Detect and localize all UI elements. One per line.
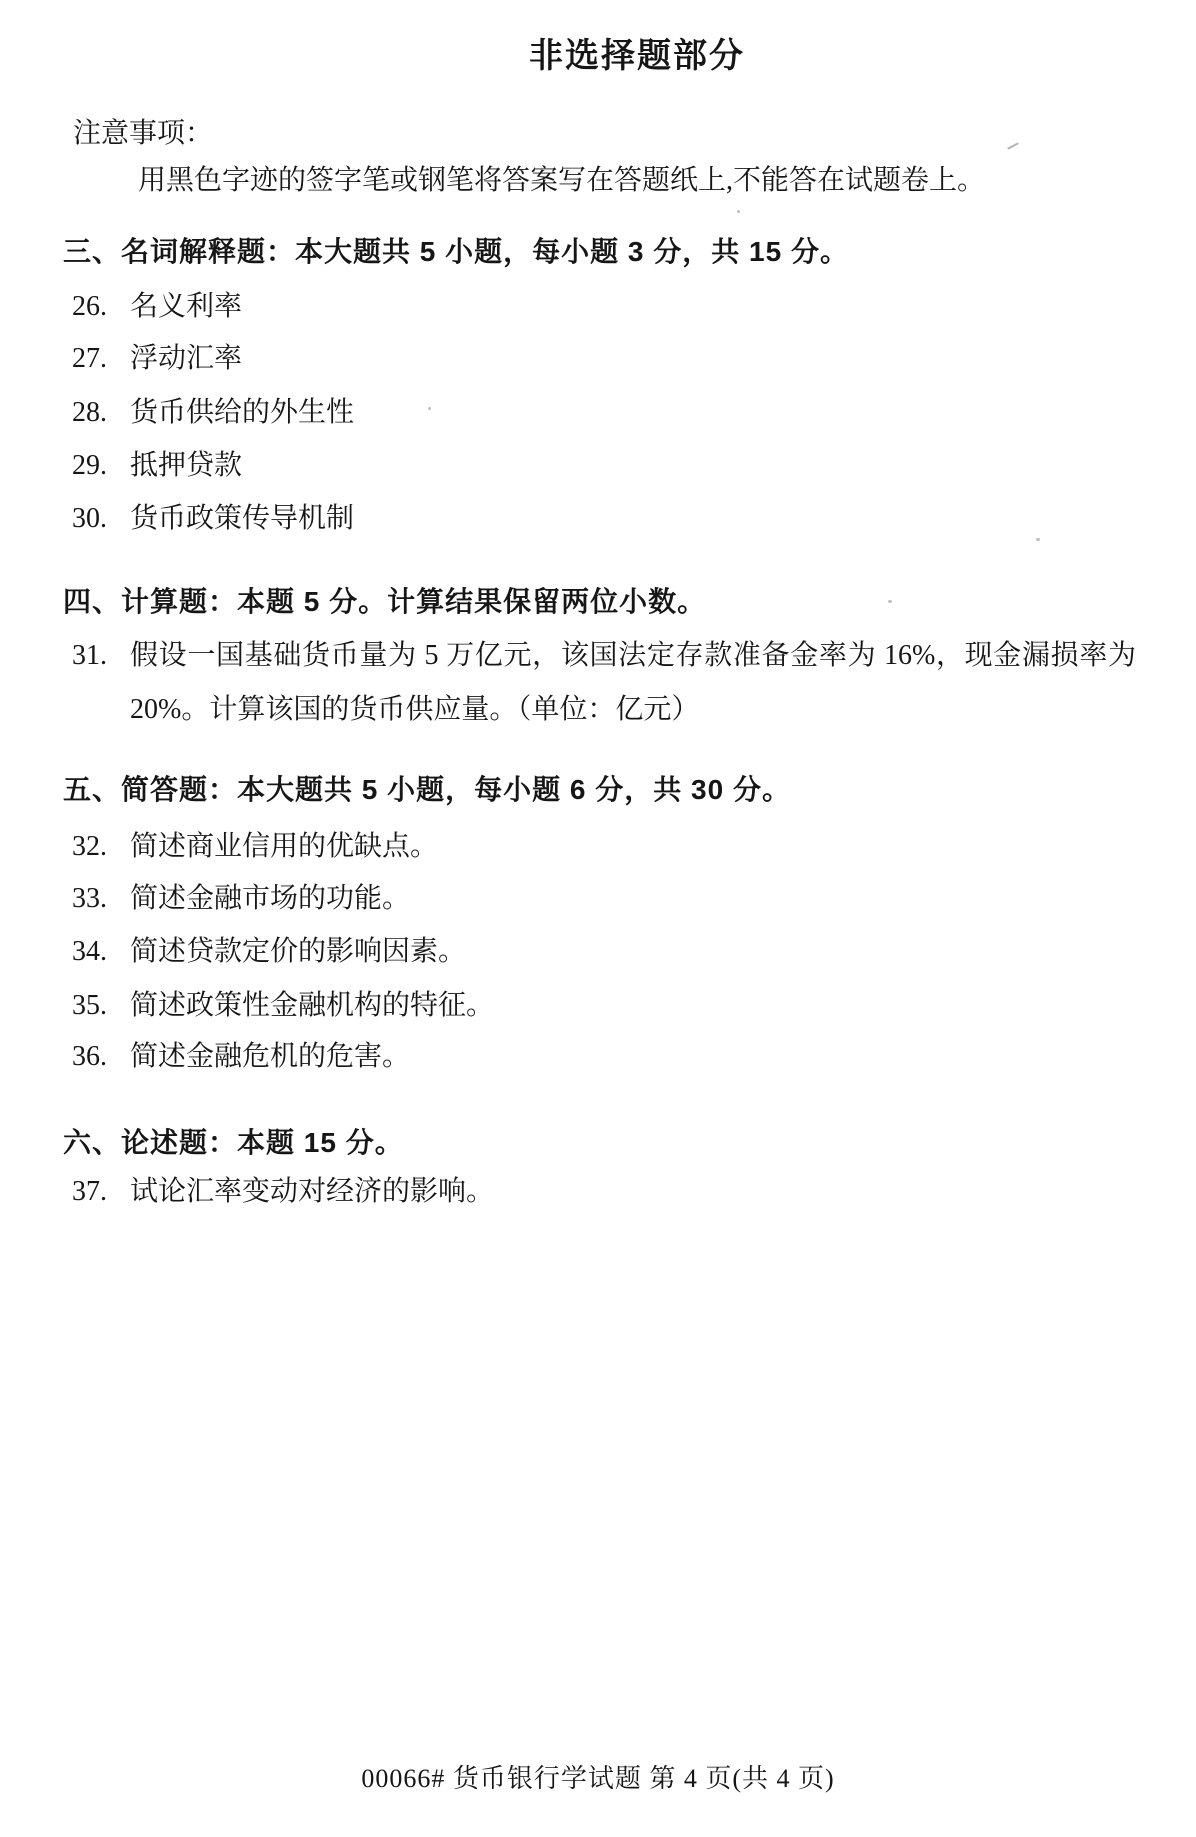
question-30-text: 货币政策传导机制 — [130, 503, 354, 534]
scan-artifact-dot — [737, 210, 740, 213]
question-36: 36.简述金融危机的危害。 — [72, 1040, 410, 1074]
question-29-number: 29. — [72, 449, 130, 483]
notice-label: 注意事项： — [73, 117, 213, 151]
question-35-number: 35. — [72, 989, 130, 1023]
question-29-text: 抵押贷款 — [130, 450, 242, 481]
question-27-text: 浮动汇率 — [130, 343, 242, 374]
question-26-number: 26. — [72, 290, 130, 324]
question-35: 35.简述政策性金融机构的特征。 — [72, 989, 494, 1023]
question-37-text: 试论汇率变动对经济的影响。 — [130, 1176, 494, 1207]
question-32-number: 32. — [72, 830, 130, 864]
question-28-text: 货币供给的外生性 — [130, 397, 354, 428]
question-36-number: 36. — [72, 1040, 130, 1074]
scan-artifact-dot — [888, 600, 892, 603]
section-3-heading: 三、名词解释题：本大题共 5 小题，每小题 3 分，共 15 分。 — [63, 235, 849, 269]
question-29: 29.抵押贷款 — [72, 449, 242, 483]
question-34: 34.简述贷款定价的影响因素。 — [72, 935, 466, 969]
page-title: 非选择题部分 — [529, 36, 745, 76]
question-33-number: 33. — [72, 882, 130, 916]
question-27: 27.浮动汇率 — [72, 342, 242, 376]
notice-text: 用黑色字迹的签字笔或钢笔将答案写在答题纸上,不能答在试题卷上。 — [138, 164, 985, 198]
question-31-number: 31. — [72, 639, 130, 673]
scan-artifact-tick — [1007, 142, 1019, 149]
question-32-text: 简述商业信用的优缺点。 — [130, 831, 438, 862]
question-26: 26.名义利率 — [72, 290, 242, 324]
question-36-text: 简述金融危机的危害。 — [130, 1041, 410, 1072]
question-34-number: 34. — [72, 935, 130, 969]
section-5-heading: 五、简答题：本大题共 5 小题，每小题 6 分，共 30 分。 — [63, 773, 791, 807]
question-37-number: 37. — [72, 1175, 130, 1209]
exam-paper-page: { "colors": { "ink": "#161616", "paper":… — [0, 0, 1196, 1837]
question-35-text: 简述政策性金融机构的特征。 — [130, 990, 494, 1021]
section-4-heading: 四、计算题：本题 5 分。计算结果保留两位小数。 — [63, 585, 706, 619]
question-32: 32.简述商业信用的优缺点。 — [72, 830, 438, 864]
question-33-text: 简述金融市场的功能。 — [130, 883, 410, 914]
section-6-heading: 六、论述题：本题 15 分。 — [63, 1126, 404, 1160]
question-31-line2: 20%。计算该国的货币供应量。（单位：亿元） — [130, 693, 699, 727]
scan-artifact-dot — [1036, 538, 1040, 541]
page-footer: 00066# 货币银行学试题 第 4 页(共 4 页) — [0, 1763, 1196, 1795]
question-34-text: 简述贷款定价的影响因素。 — [130, 936, 466, 967]
question-30: 30.货币政策传导机制 — [72, 502, 354, 536]
question-27-number: 27. — [72, 342, 130, 376]
question-31-text-line1: 假设一国基础货币量为 5 万亿元，该国法定存款准备金率为 16%，现金漏损率为 — [130, 639, 1136, 673]
question-26-text: 名义利率 — [130, 291, 242, 322]
question-28-number: 28. — [72, 396, 130, 430]
question-31-line1: 31.假设一国基础货币量为 5 万亿元，该国法定存款准备金率为 16%，现金漏损… — [72, 639, 1136, 673]
question-30-number: 30. — [72, 502, 130, 536]
scan-artifact-dot — [428, 407, 431, 410]
question-28: 28.货币供给的外生性 — [72, 396, 354, 430]
question-33: 33.简述金融市场的功能。 — [72, 882, 410, 916]
question-37: 37.试论汇率变动对经济的影响。 — [72, 1175, 494, 1209]
